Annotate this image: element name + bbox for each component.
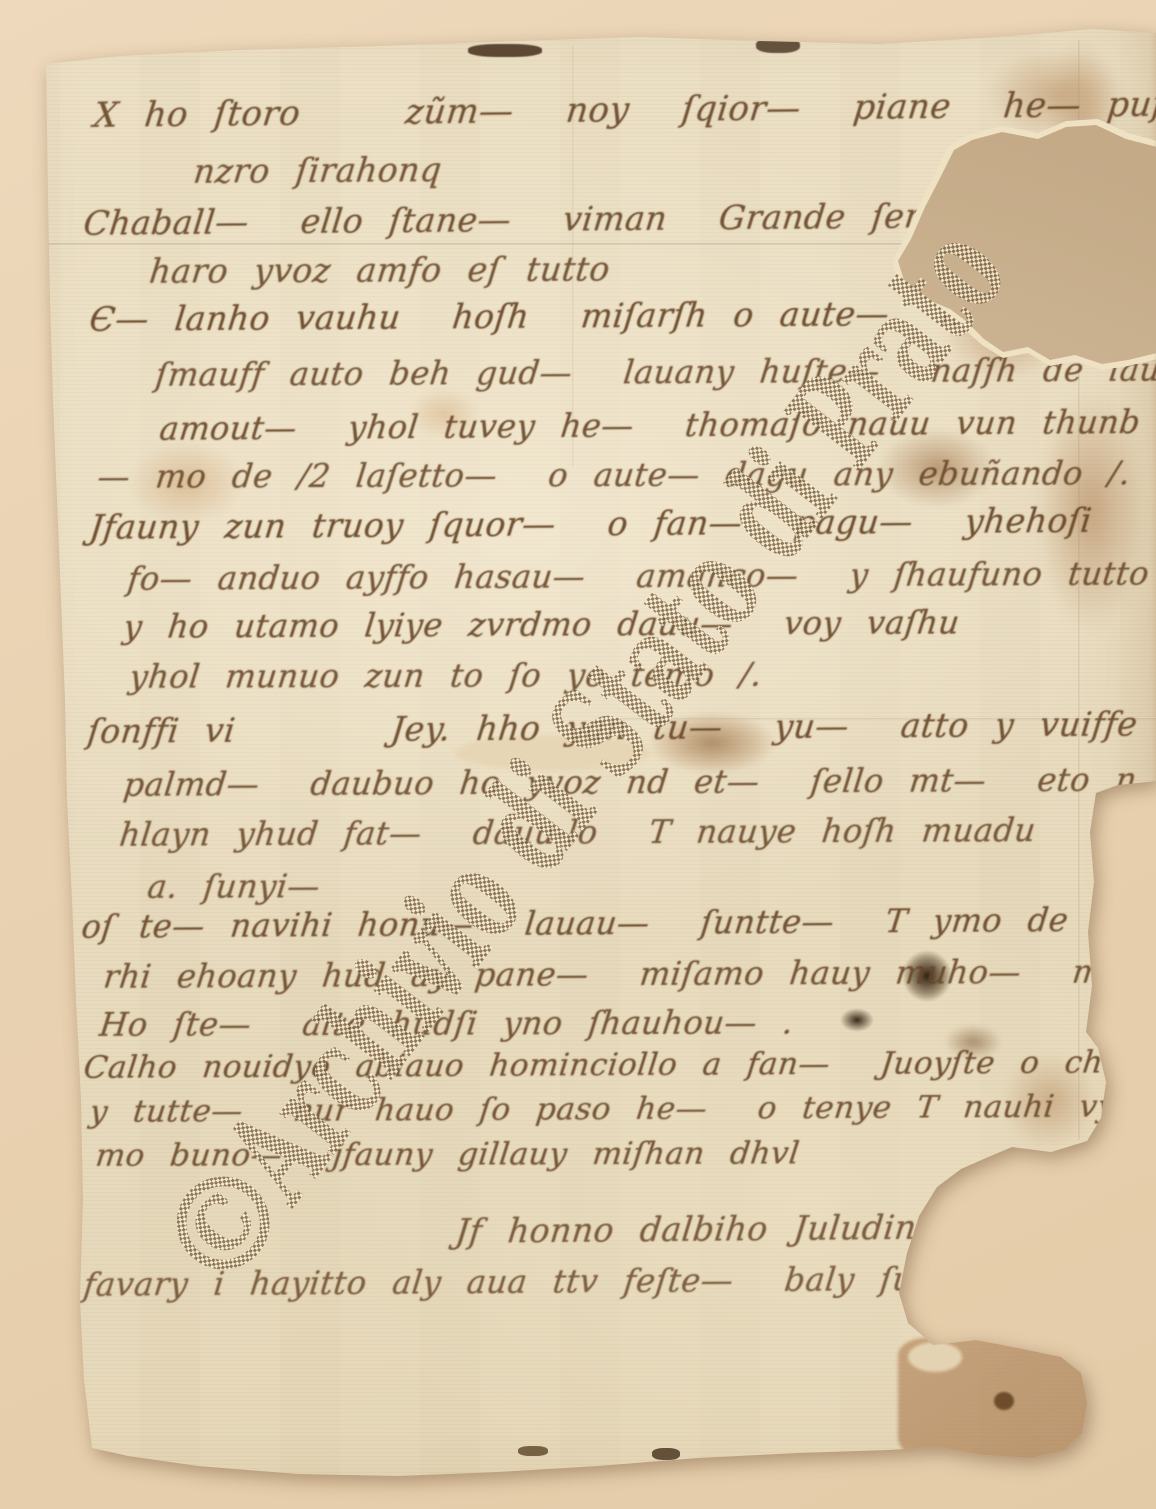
manuscript-line: yhol munuo zun to ſo yo temo /. xyxy=(127,656,764,696)
manuscript-line: palmd— daubuo ho yvoz nd et— ſello mt— e… xyxy=(122,760,1156,804)
manuscript-line: nzro ſirahonq xyxy=(191,150,444,191)
manuscript-line: mo buno— jfauny gillauy miſhan dhvl xyxy=(94,1136,802,1174)
manuscript-line: Jf honno dalbiho Juludino xyxy=(454,1208,940,1251)
manuscript-line: y tutte— nur hauo ſo paso he— o tenye T … xyxy=(88,1088,1156,1130)
manuscript-line: a. ſunyi— xyxy=(145,867,322,906)
manuscript-line: hlayn yhud fat— dauu-lo T nauye hoſh mua… xyxy=(118,811,1038,854)
manuscript-line: oſ te— navihi honu— lauau— ſuntte— T ymo… xyxy=(80,900,1156,946)
manuscript-line: favary i hayitto aly aua ttv feſte— baly… xyxy=(82,1260,946,1304)
manuscript-line: Jfauny zun truoy ſquor— o fan— pagu— yhe… xyxy=(87,501,1094,547)
manuscript-line: Ho ſte— alte hudſi yno ſhauhou— . xyxy=(97,1004,795,1044)
manuscript-line: Chaball— ello ſtane— viman Grande ſer ſh… xyxy=(82,196,1026,243)
manuscript-line: rhi ehoany hud ay pane— miſamo hauy muho… xyxy=(102,952,1156,996)
manuscript-line: ſonffi vi Jey. hho yan tu— yu— atto y vu… xyxy=(85,704,1156,751)
manuscript-scan: X ho ſtoro zũm— noy ſqior— piane he— puſ… xyxy=(0,0,1156,1509)
manuscript-line: Calho nouidyo abiauo hominciollo a fan— … xyxy=(82,1044,1156,1086)
manuscript-line: y ho utamo lyiye zvrdmo dauu— voy vaſhu xyxy=(122,604,962,646)
manuscript-line: — mo de /2 laſetto— o aute— dagu any ebu… xyxy=(95,454,1132,496)
manuscript-line: haro yvoz amfo eſ tutto xyxy=(147,250,612,291)
manuscript-line: fo— anduo ayffo hasau— amanco— y ſhaufun… xyxy=(126,555,1152,598)
manuscript-line: amout— yhol tuvey he— thomaſo nauu vun t… xyxy=(158,403,1143,448)
